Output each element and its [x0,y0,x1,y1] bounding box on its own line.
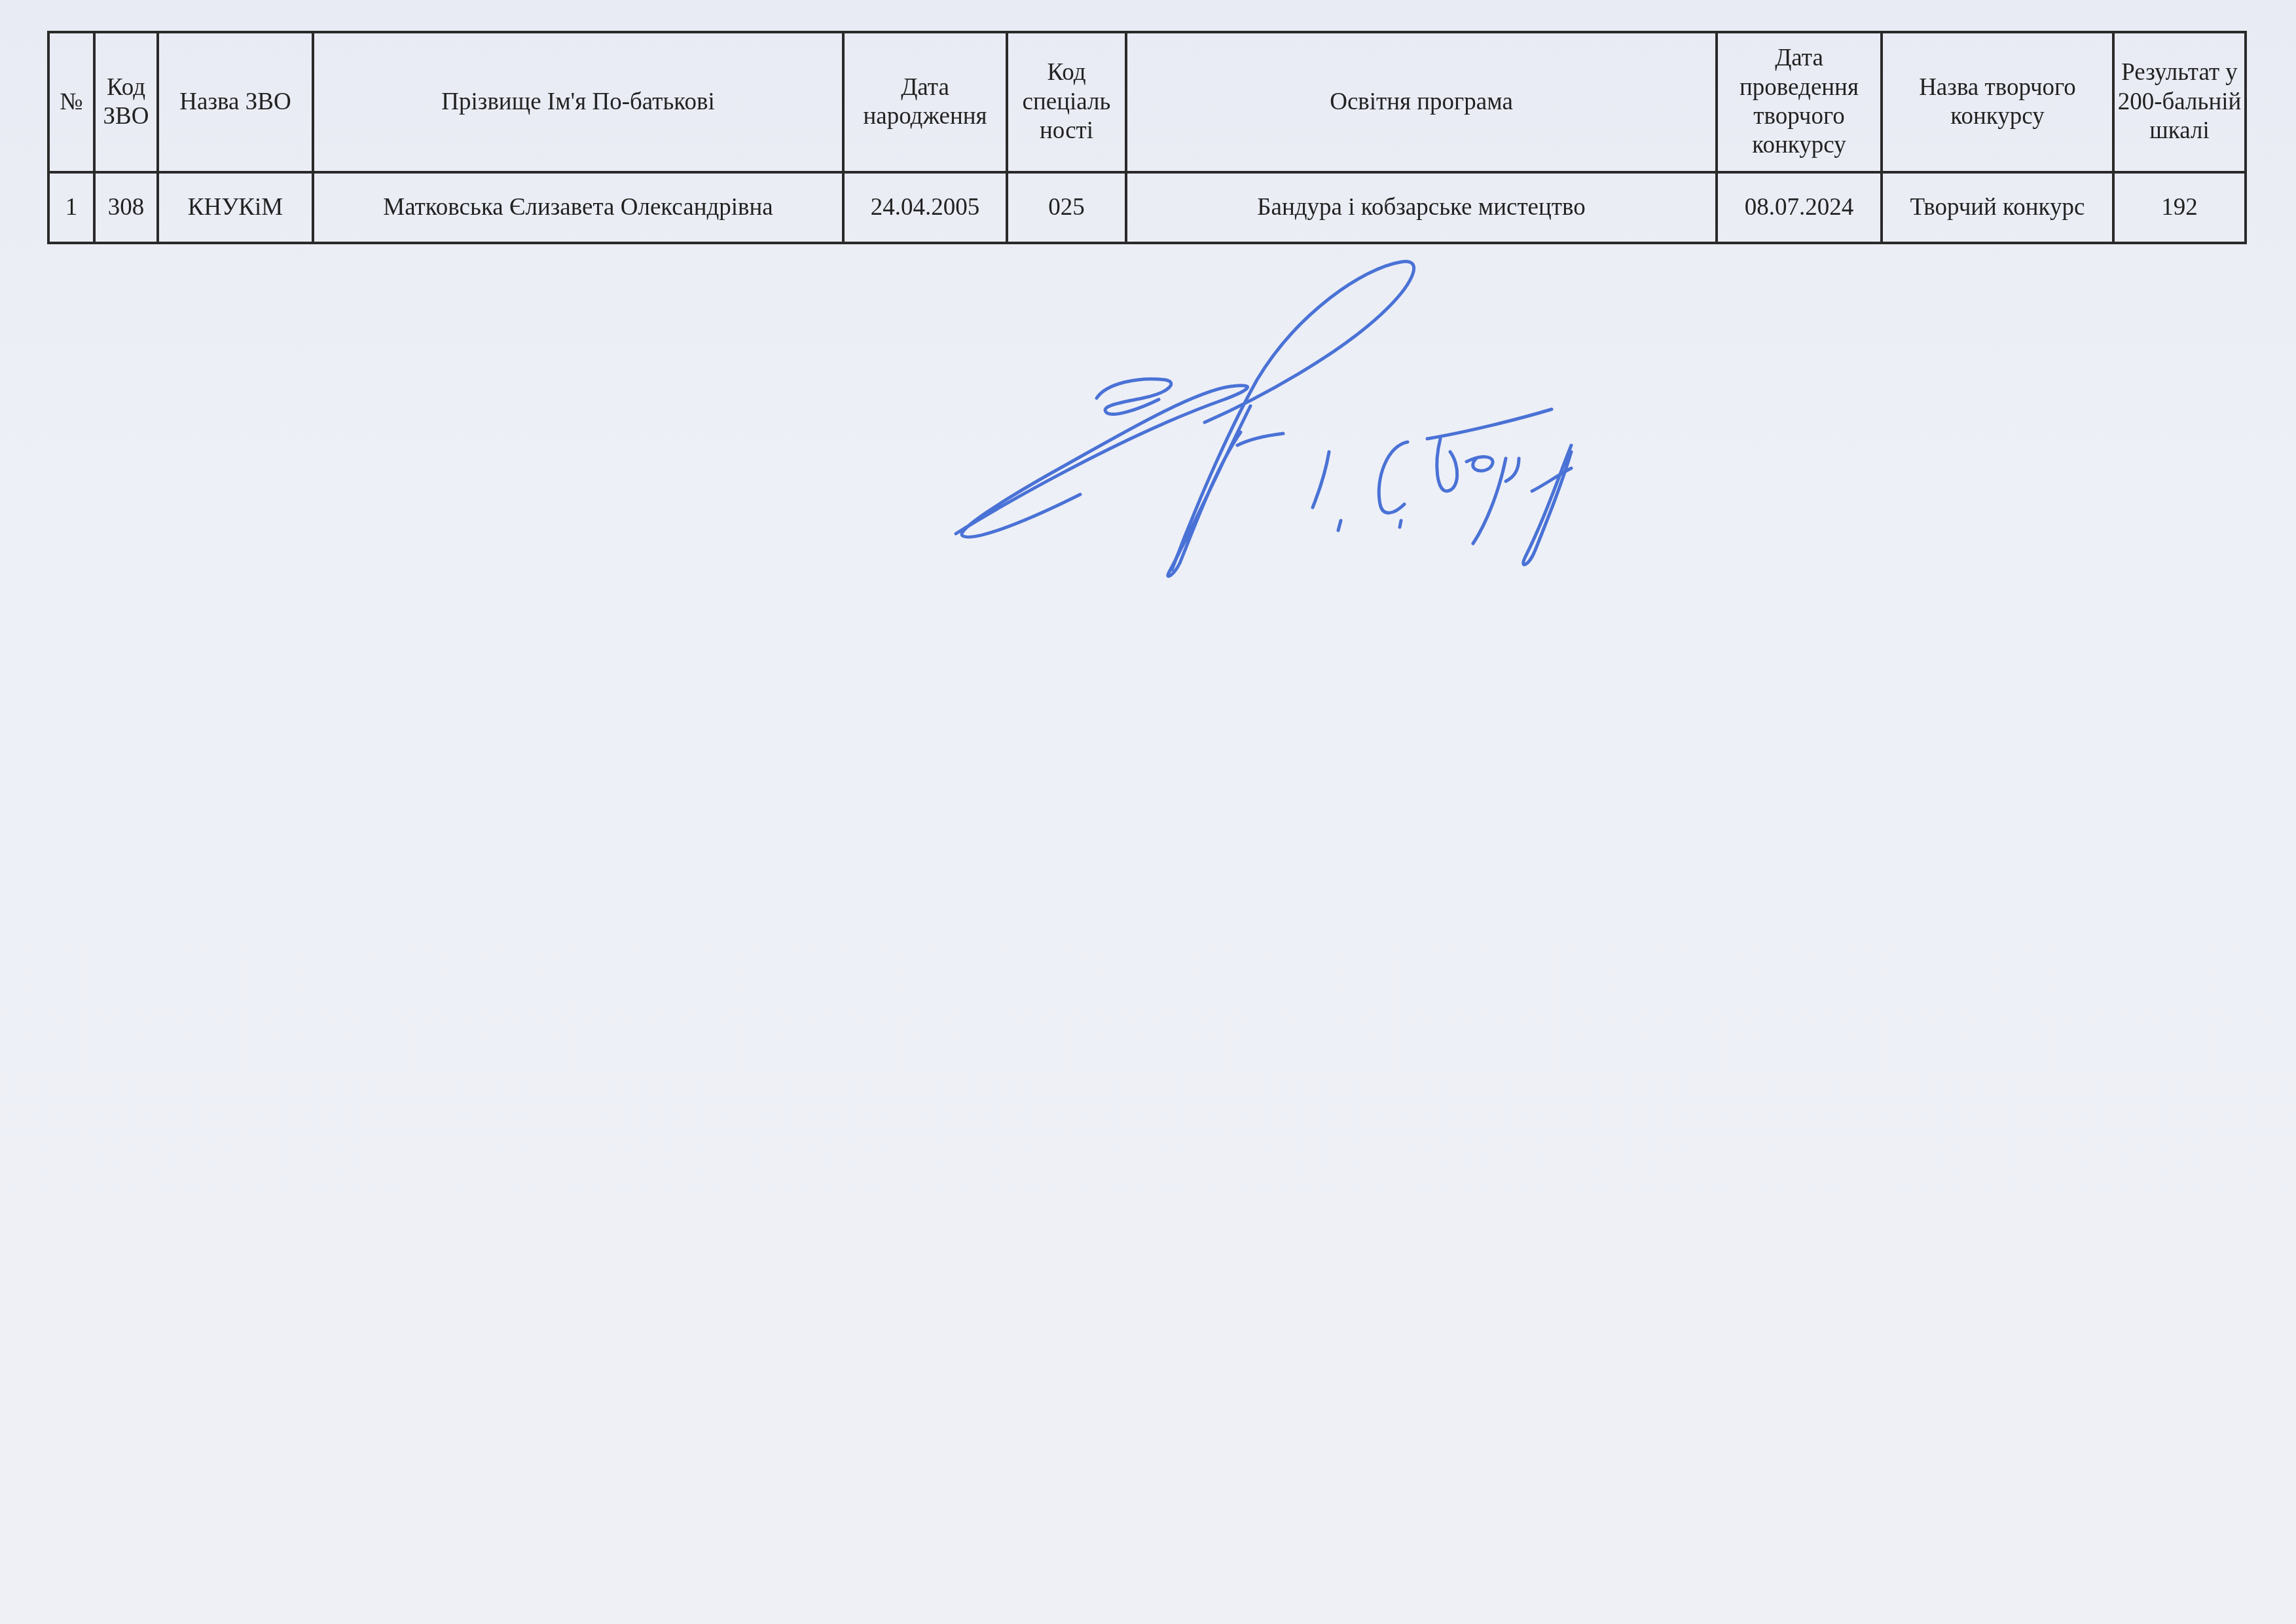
col-header-institution-code: Код ЗВО [94,32,158,172]
table-row: 1 308 КНУКіМ Матковська Єлизавета Олекса… [48,172,2246,243]
col-header-score: Результат у 200-бальній шкалі [2113,32,2246,172]
cell-contest-name: Творчий конкурс [1882,172,2113,243]
col-header-full-name: Прізвище Ім'я По-батькові [313,32,843,172]
cell-program: Бандура і кобзарське мистецтво [1126,172,1717,243]
col-header-program: Освітня програма [1126,32,1717,172]
col-header-birth-date: Дата народження [843,32,1007,172]
col-header-contest-date: Дата проведення творчого конкурсу [1717,32,1882,172]
col-header-institution-name: Назва ЗВО [158,32,313,172]
table-header-row: № Код ЗВО Назва ЗВО Прізвище Ім'я По-бат… [48,32,2246,172]
col-header-contest-name: Назва творчого конкурсу [1882,32,2113,172]
scanned-page: № Код ЗВО Назва ЗВО Прізвище Ім'я По-бат… [0,0,2296,1624]
col-header-number: № [48,32,94,172]
results-table: № Код ЗВО Назва ЗВО Прізвище Ім'я По-бат… [47,31,2247,244]
cell-full-name: Матковська Єлизавета Олександрівна [313,172,843,243]
col-header-specialty-code: Код спеціаль ності [1007,32,1126,172]
cell-score: 192 [2113,172,2246,243]
cell-contest-date: 08.07.2024 [1717,172,1882,243]
cell-institution-code: 308 [94,172,158,243]
cell-number: 1 [48,172,94,243]
handwritten-signature [943,242,1964,622]
cell-institution-name: КНУКіМ [158,172,313,243]
cell-birth-date: 24.04.2005 [843,172,1007,243]
cell-specialty-code: 025 [1007,172,1126,243]
